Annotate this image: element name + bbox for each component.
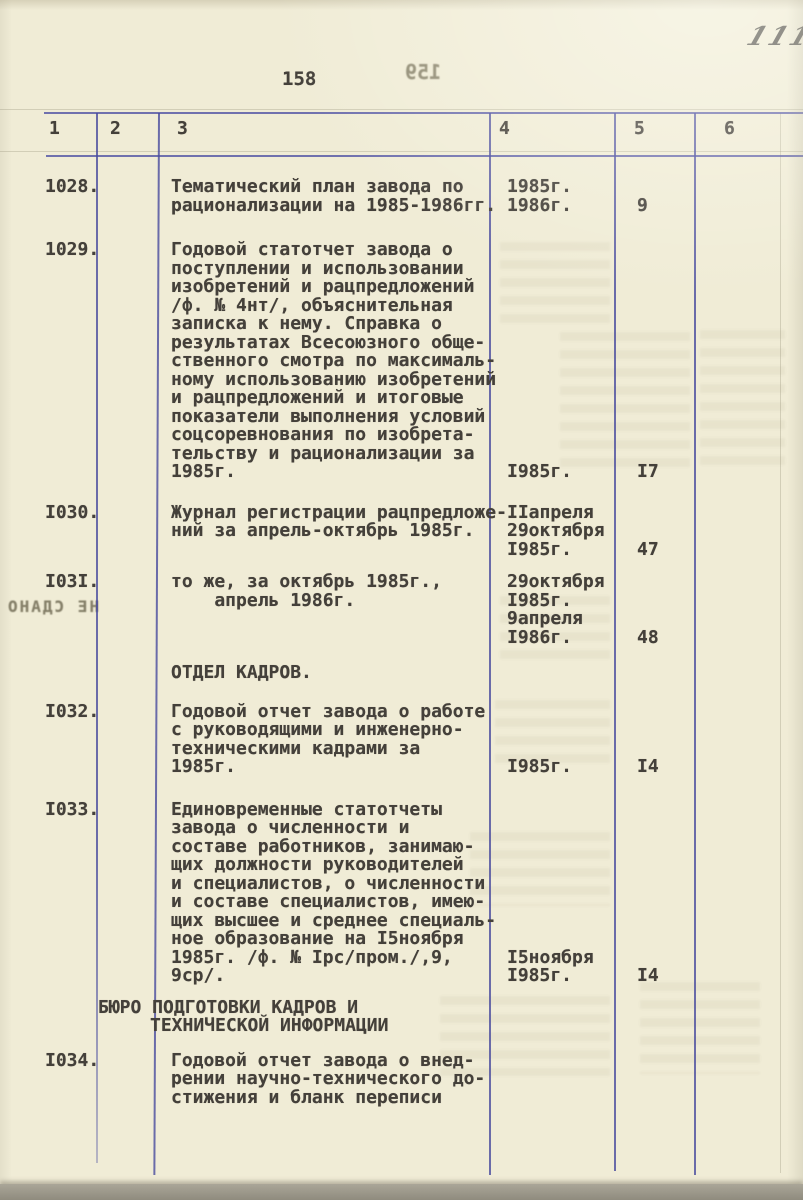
text-line: 29октября <box>507 522 615 541</box>
section-heading: БЮРО ПОДГОТОВКИ КАДРОВ ИТЕХНИЧЕСКОЙ ИНФО… <box>0 999 803 1036</box>
text-line: завода о численности и <box>171 819 490 838</box>
text-line: ное образование на I5ноября <box>171 930 490 949</box>
text-line: стижения и бланк переписи <box>171 1089 490 1108</box>
text-line: 1985г. <box>507 178 615 197</box>
entry-number-cell: I03I. <box>0 573 158 592</box>
text-line: и составе специалистов, имею- <box>171 893 490 912</box>
entry-title-cell: Годовой отчет завода о внед-рении научно… <box>158 1052 490 1108</box>
text-line: записка к нему. Справка о <box>171 315 490 334</box>
text-line: I033. <box>45 801 158 820</box>
column-header-1: 1 <box>49 120 60 139</box>
table-row: I033.Единовременные статотчетызавода о ч… <box>0 801 803 986</box>
text-line: I985г. <box>507 758 615 777</box>
text-line: I034. <box>45 1052 158 1071</box>
column-header-6: 6 <box>724 120 735 139</box>
text-line: 1986г. <box>507 197 615 216</box>
text-line: Тематический план завода по <box>171 178 490 197</box>
entry-title-cell: Единовременные статотчетызавода о числен… <box>158 801 490 986</box>
text-line: I985г. <box>507 967 615 986</box>
entry-number-cell: 1028. <box>0 178 158 197</box>
entry-number-cell: I034. <box>0 1052 158 1071</box>
entry-sheet-count-cell: 48 <box>615 629 695 648</box>
text-line: I986г. <box>507 629 615 648</box>
table-row: 1029.Годовой статотчет завода опоступлен… <box>0 241 803 482</box>
text-line: ний за апрель-октябрь 1985г. <box>171 522 490 541</box>
handwritten-folio-number: 111 <box>743 22 803 52</box>
text-line: 9ср/. <box>171 967 490 986</box>
text-line: соцсоревнования по изобрета- <box>171 426 490 445</box>
text-line: 48 <box>637 629 695 648</box>
entry-number-cell: I030. <box>0 504 158 523</box>
text-line: и рацпредложений и итоговые <box>171 389 490 408</box>
text-line: Годовой статотчет завода о <box>171 241 490 260</box>
text-line: I032. <box>45 703 158 722</box>
text-line: с руководящими и инженерно- <box>171 721 490 740</box>
text-line: 47 <box>637 541 695 560</box>
entry-title-cell: Тематический план завода порационализаци… <box>158 178 490 215</box>
column-header-3: 3 <box>177 120 188 139</box>
text-line: I7 <box>637 463 695 482</box>
entry-dates-cell: I985г. <box>490 758 615 777</box>
pencil-guide-line <box>0 109 803 110</box>
entry-dates-cell: I5ноябряI985г. <box>490 949 615 986</box>
entry-dates-cell: 29октябряI985г.9апреляI986г. <box>490 573 615 647</box>
entry-title-cell: Журнал регистрации рацпредложе-ний за ап… <box>158 504 490 541</box>
text-line: 29октября <box>507 573 615 592</box>
page-number: 158 <box>282 70 316 89</box>
text-line: 1029. <box>45 241 158 260</box>
text-line: 1985г. <box>171 463 490 482</box>
text-line: ТЕХНИЧЕСКОЙ ИНФОРМАЦИИ <box>150 1017 803 1036</box>
text-line: ственного смотра по максималь- <box>171 352 490 371</box>
text-line: I4 <box>637 967 695 986</box>
entry-number-cell: I033. <box>0 801 158 820</box>
table-row: I030.Журнал регистрации рацпредложе-ний … <box>0 504 803 560</box>
text-line: рении научно-технического до- <box>171 1070 490 1089</box>
text-line: 1985г. <box>171 758 490 777</box>
entry-sheet-count-cell: I7 <box>615 463 695 482</box>
entry-sheet-count-cell: 47 <box>615 541 695 560</box>
entry-sheet-count-cell: I4 <box>615 967 695 986</box>
column-header-5: 5 <box>634 120 645 139</box>
bleedthrough-page-number: 159 <box>405 63 441 82</box>
section-heading: ОТДЕЛ КАДРОВ. <box>0 664 803 683</box>
text-line: рационализации на 1985-1986гг. <box>171 197 490 216</box>
entry-number-cell: I032. <box>0 703 158 722</box>
entry-title-cell: то же, за октябрь 1985г., апрель 1986г. <box>158 573 490 610</box>
text-line: ОТДЕЛ КАДРОВ. <box>171 664 803 683</box>
entry-title-cell: Годовой отчет завода о работес руководящ… <box>158 703 490 777</box>
text-line: I985г. <box>507 541 615 560</box>
text-line: I985г. <box>507 463 615 482</box>
column-header-4: 4 <box>499 120 510 139</box>
text-line: I030. <box>45 504 158 523</box>
entry-dates-cell: IIапреля29октябряI985г. <box>490 504 615 560</box>
text-line: 9 <box>637 197 695 216</box>
text-line: изобретений и рацпредложений <box>171 278 490 297</box>
text-line: то же, за октябрь 1985г., <box>171 573 490 592</box>
text-line: апрель 1986г. <box>171 592 490 611</box>
entry-title-cell: Годовой статотчет завода опоступлении и … <box>158 241 490 482</box>
entry-sheet-count-cell: I4 <box>615 758 695 777</box>
pencil-guide-line <box>0 151 803 152</box>
text-line: I03I. <box>45 573 158 592</box>
text-line: 9апреля <box>507 610 615 629</box>
text-line: щих должности руководителей <box>171 856 490 875</box>
entry-dates-cell: 1985г.1986г. <box>490 178 615 215</box>
column-header-2: 2 <box>110 120 121 139</box>
text-line: I4 <box>637 758 695 777</box>
entry-number-cell: 1029. <box>0 241 158 260</box>
table-row: 1028.Тематический план завода порационал… <box>0 178 803 215</box>
scanned-archive-page: 159 НЕ СДАНО 111 158 1 2 3 4 5 6 1028.Те… <box>0 0 803 1200</box>
table-row: I032.Годовой отчет завода о работес руко… <box>0 703 803 777</box>
entry-dates-cell: I985г. <box>490 463 615 482</box>
scanner-edge <box>0 1184 803 1200</box>
table-row: I03I.то же, за октябрь 1985г., апрель 19… <box>0 573 803 647</box>
entry-sheet-count-cell: 9 <box>615 197 695 216</box>
table-body: 1028.Тематический план завода порационал… <box>0 156 803 1107</box>
text-line: 1028. <box>45 178 158 197</box>
table-row: I034.Годовой отчет завода о внед-рении н… <box>0 1052 803 1108</box>
